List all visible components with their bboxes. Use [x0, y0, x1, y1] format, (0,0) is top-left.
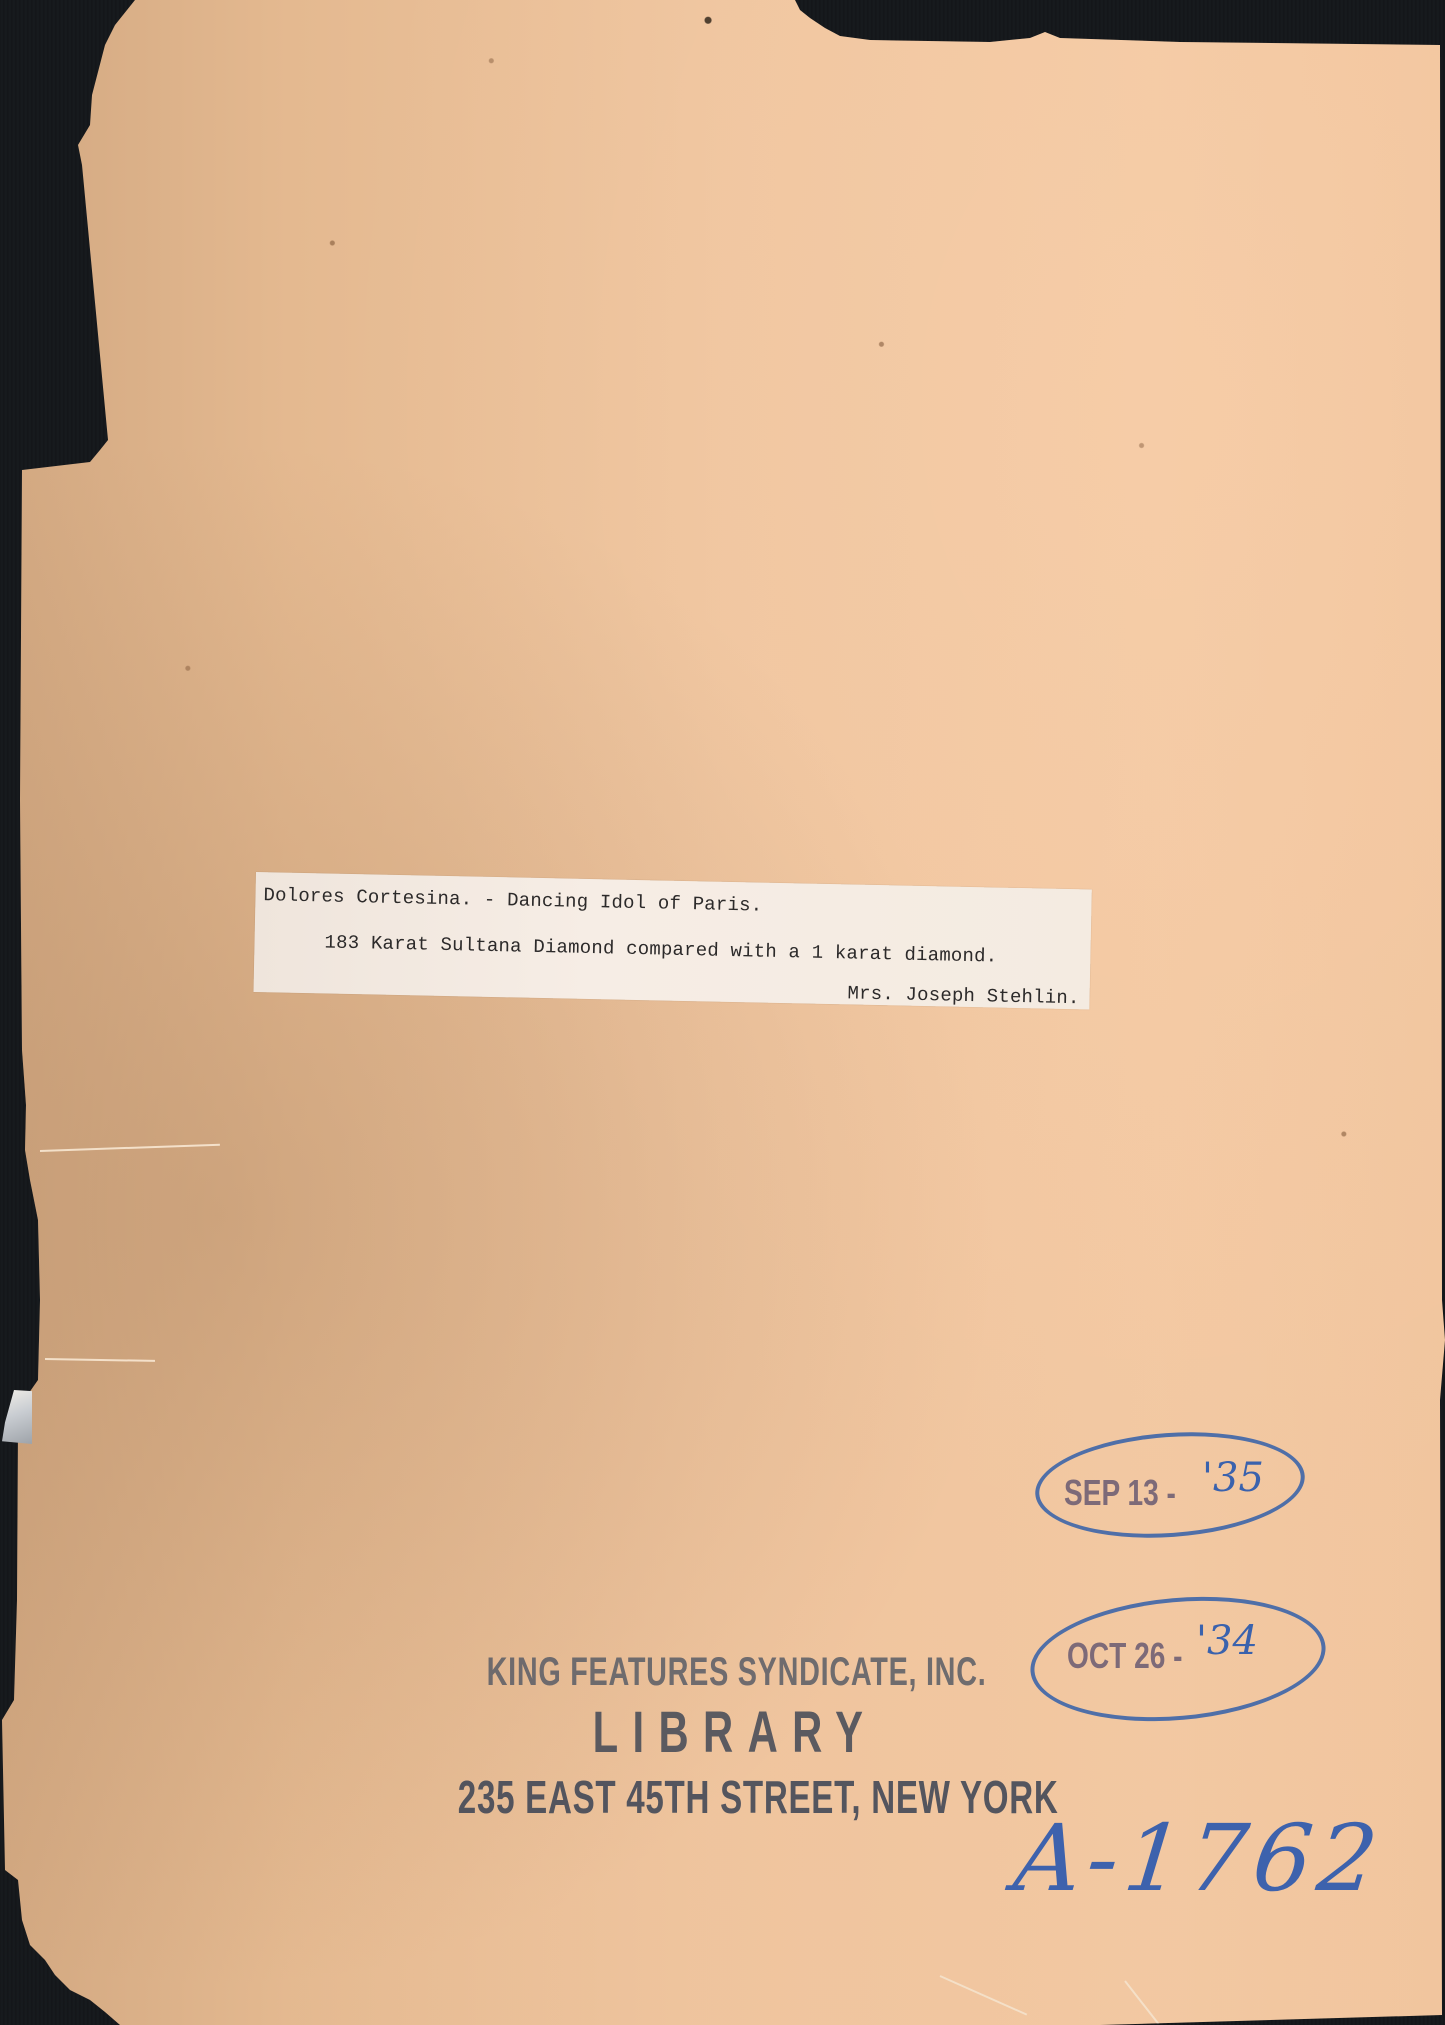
caption-title: Dolores Cortesina. - Dancing Idol of Par… [263, 884, 762, 916]
paper-scratch [1124, 1980, 1159, 2025]
library-stamp: KING FEATURES SYNDICATE, INC. LIBRARY 23… [544, 1650, 926, 1824]
date-stamp-1: SEP 13 - [1064, 1472, 1176, 1514]
catalog-number: A-1762 [1009, 1805, 1388, 1912]
paper-tear [40, 1144, 220, 1152]
library-stamp-address: 235 EAST 45TH STREET, NEW YORK [458, 1770, 1012, 1824]
date-stamp-2: OCT 26 - [1067, 1635, 1182, 1677]
caption-description: 183 Karat Sultana Diamond compared with … [324, 931, 997, 967]
paper-tear [45, 1358, 155, 1362]
date-year-1: '35 [1202, 1455, 1264, 1501]
date-year-2: '34 [1196, 1618, 1258, 1664]
library-stamp-company: KING FEATURES SYNDICATE, INC. [487, 1650, 984, 1695]
caption-label: Dolores Cortesina. - Dancing Idol of Par… [253, 872, 1091, 1009]
library-stamp-title: LIBRARY [544, 1699, 926, 1766]
paper-scratch [940, 1975, 1028, 2015]
